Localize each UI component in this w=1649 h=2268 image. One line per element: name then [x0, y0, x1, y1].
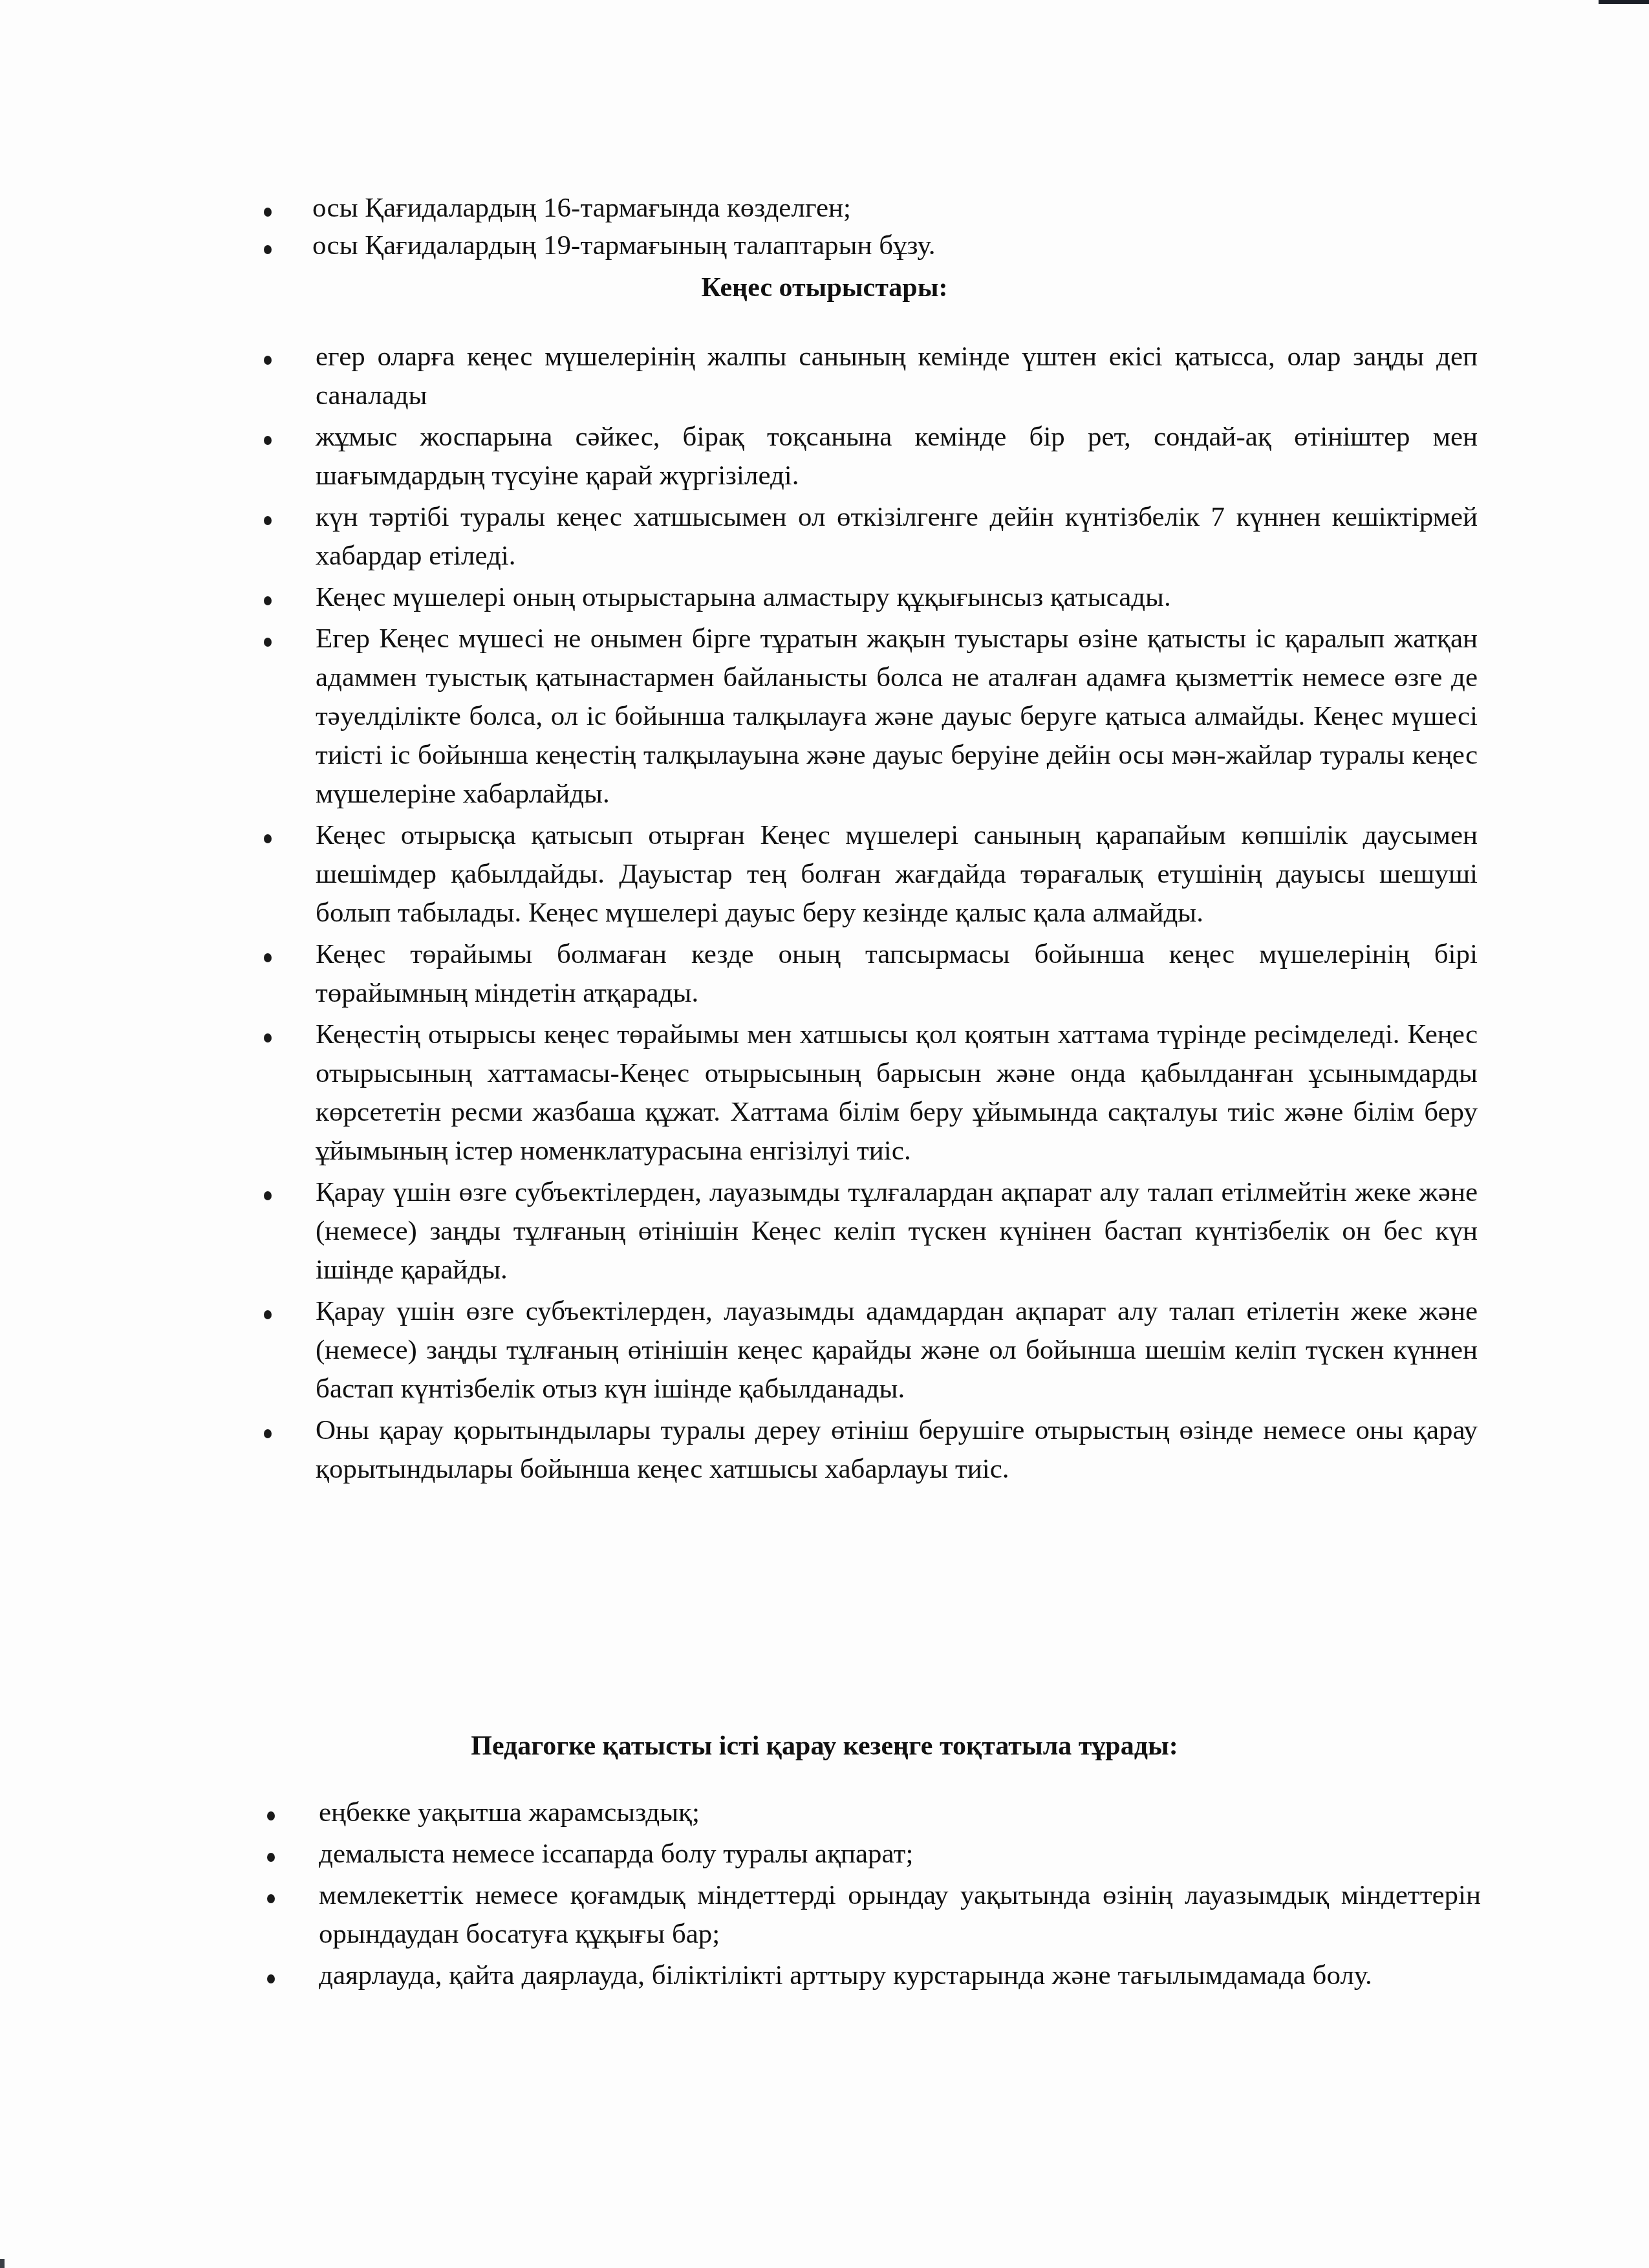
list-item: Кеңес төрайымы болмаған кезде оның тапсы… [259, 935, 1478, 1013]
list-item: Кеңес отырысқа қатысып отырған Кеңес мүш… [259, 816, 1478, 933]
bullet-icon [264, 1173, 273, 1212]
list-item-text: даярлауда, қайта даярлауда, біліктілікті… [319, 1960, 1372, 1991]
bullet-icon [264, 1292, 273, 1331]
list-item: мемлекеттік немесе қоғамдық міндеттерді … [262, 1876, 1481, 1954]
list-item: Оны қарау қорытындылары туралы дереу өті… [259, 1411, 1478, 1489]
bullet-icon [267, 1793, 276, 1832]
bullet-icon [264, 498, 273, 537]
bullet-icon [264, 620, 273, 658]
bullet-icon [264, 578, 273, 617]
list-item-text: демалыста немесе іссапарда болу туралы а… [319, 1839, 913, 1869]
list-item-text: Кеңес отырысқа қатысып отырған Кеңес мүш… [316, 820, 1478, 928]
bullet-icon [267, 1876, 276, 1915]
list-item-text: жұмыс жоспарына сәйкес, бірақ тоқсанына … [316, 422, 1478, 491]
list-item-text: Кеңес мүшелері оның отырыстарына алмасты… [316, 582, 1171, 612]
list-item: даярлауда, қайта даярлауда, біліктілікті… [262, 1956, 1481, 1995]
bullet-icon [264, 189, 273, 228]
list-item-text: Кеңестің отырысы кеңес төрайымы мен хатш… [316, 1019, 1478, 1166]
list-item-text: еңбекке уақытша жарамсыздық; [319, 1797, 700, 1828]
bullet-icon [264, 816, 273, 855]
list-item-text: Егер Кеңес мүшесі не онымен бірге тұраты… [316, 623, 1478, 809]
intro-list-block: осы Қағидалардың 16-тармағында көзделген… [259, 189, 1478, 265]
bullet-icon [264, 935, 273, 974]
list-item-text: Қарау үшін өзге субъектілерден, лауазымд… [316, 1296, 1478, 1404]
list-item-text: егер оларға кеңес мүшелерінің жалпы саны… [316, 341, 1478, 411]
list-item: осы Қағидалардың 16-тармағында көзделген… [259, 189, 1478, 227]
list-item: Кеңес мүшелері оның отырыстарына алмасты… [259, 578, 1478, 617]
bullet-icon [264, 1411, 273, 1450]
bullet-icon [267, 1956, 276, 1995]
scanned-page: осы Қағидалардың 16-тармағында көзделген… [0, 0, 1649, 2268]
list-item: егер оларға кеңес мүшелерінің жалпы саны… [259, 338, 1478, 415]
list-item-text: күн тәртібі туралы кеңес хатшысымен ол ө… [316, 502, 1478, 571]
list-item-text: Кеңес төрайымы болмаған кезде оның тапсы… [316, 939, 1478, 1008]
council-meetings-list: егер оларға кеңес мүшелерінің жалпы саны… [259, 338, 1478, 1489]
list-item: еңбекке уақытша жарамсыздық; [262, 1793, 1481, 1832]
section-heading-council-meetings: Кеңес отырыстары: [0, 268, 1649, 307]
bullet-icon [267, 1835, 276, 1874]
list-item-text: Оны қарау қорытындылары туралы дереу өті… [316, 1415, 1478, 1484]
list-item: Кеңестің отырысы кеңес төрайымы мен хатш… [259, 1015, 1478, 1171]
scan-edge-mark [0, 2259, 5, 2268]
section-heading-case-suspension: Педагогке қатысты істі қарау кезеңге тоқ… [0, 1727, 1649, 1766]
bullet-icon [264, 227, 273, 266]
list-item: күн тәртібі туралы кеңес хатшысымен ол ө… [259, 498, 1478, 576]
scan-edge-mark [1599, 0, 1649, 4]
intro-list: осы Қағидалардың 16-тармағында көзделген… [259, 189, 1478, 265]
list-item: Қарау үшін өзге субъектілерден, лауазымд… [259, 1173, 1478, 1290]
case-suspension-list: еңбекке уақытша жарамсыздық; демалыста н… [262, 1793, 1481, 1995]
list-item: Қарау үшін өзге субъектілерден, лауазымд… [259, 1292, 1478, 1409]
bullet-icon [264, 338, 273, 376]
section2-list-block: еңбекке уақытша жарамсыздық; демалыста н… [262, 1793, 1481, 1998]
bullet-icon [264, 418, 273, 457]
list-item: демалыста немесе іссапарда болу туралы а… [262, 1835, 1481, 1874]
section1-list-block: егер оларға кеңес мүшелерінің жалпы саны… [259, 338, 1478, 1491]
bullet-icon [264, 1015, 273, 1054]
list-item: осы Қағидалардың 19-тармағының талаптары… [259, 227, 1478, 265]
list-item: жұмыс жоспарына сәйкес, бірақ тоқсанына … [259, 418, 1478, 495]
list-item-text: осы Қағидалардың 16-тармағында көзделген… [312, 193, 851, 223]
list-item-text: мемлекеттік немесе қоғамдық міндеттерді … [319, 1880, 1481, 1949]
list-item: Егер Кеңес мүшесі не онымен бірге тұраты… [259, 620, 1478, 814]
list-item-text: осы Қағидалардың 19-тармағының талаптары… [312, 230, 936, 261]
list-item-text: Қарау үшін өзге субъектілерден, лауазымд… [316, 1177, 1478, 1285]
